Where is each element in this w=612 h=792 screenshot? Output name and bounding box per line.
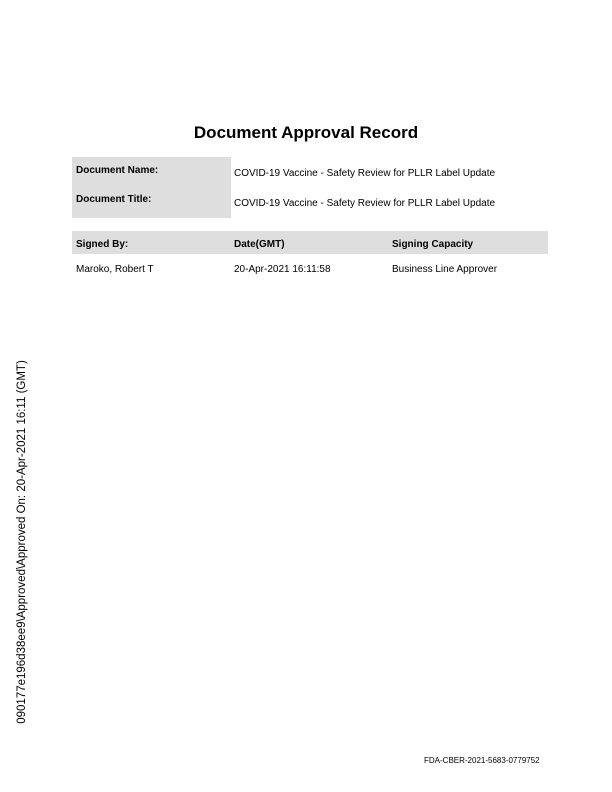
signing-capacity: Business Line Approver [392,264,497,275]
header-signed-by: Signed By: [76,239,128,250]
document-name-label: Document Name: [76,165,158,176]
header-signing-capacity: Signing Capacity [392,239,473,250]
signing-date: 20-Apr-2021 16:11:58 [234,264,331,275]
document-id-footer: FDA-CBER-2021-5683-0779752 [424,756,540,765]
document-title-label: Document Title: [76,194,151,205]
document-title-value: COVID-19 Vaccine - Safety Review for PLL… [234,198,495,209]
document-name-value: COVID-19 Vaccine - Safety Review for PLL… [234,168,495,179]
approval-stamp: 090177e196d38ee9\Approved\Approved On: 2… [16,360,28,724]
signer-name: Maroko, Robert T [76,264,154,275]
header-date: Date(GMT) [234,239,285,250]
signature-table-header [72,231,548,254]
page-title: Document Approval Record [0,123,612,143]
